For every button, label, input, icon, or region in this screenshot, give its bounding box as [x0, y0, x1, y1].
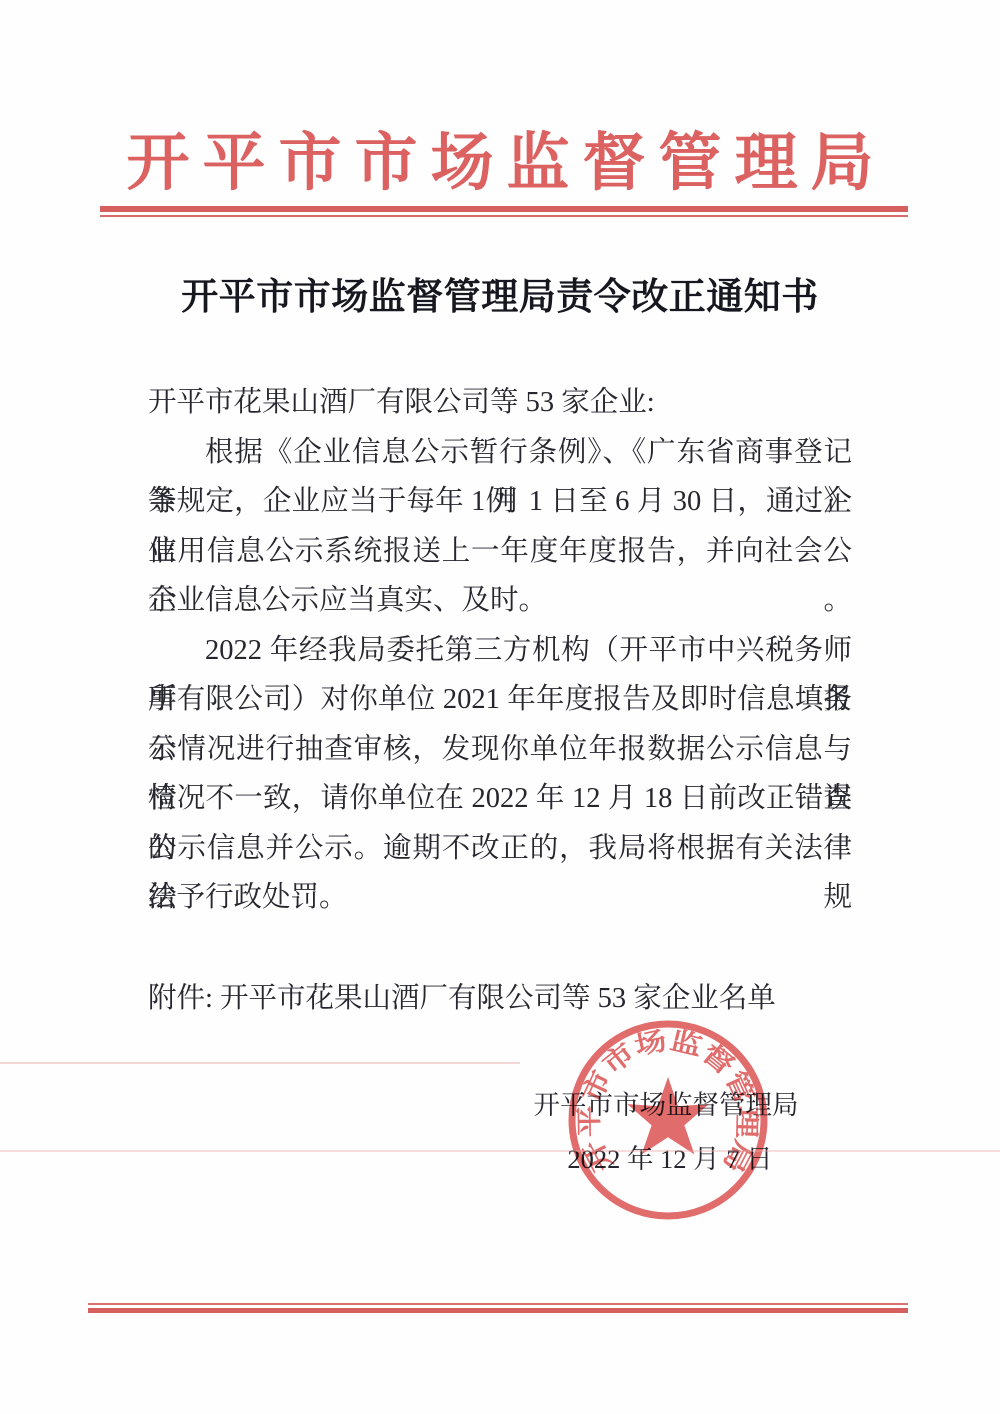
- attachment-line: 附件: 开平市花果山酒厂有限公司等 53 家企业名单: [148, 974, 948, 1024]
- scan-artifact-line: [0, 1150, 1000, 1152]
- body-text-block: 开平市花果山酒厂有限公司等 53 家企业:根据《企业信息公示暂行条例》、《广东省…: [148, 378, 852, 923]
- body-text-line: 情况不一致，请你单位在 2022 年 12 月 18 日前改正错误的: [148, 774, 852, 824]
- notice-document-page: 开平市市场监督管理局 开平市市场监督管理局责令改正通知书 开平市花果山酒厂有限公…: [0, 0, 1000, 1414]
- body-text-line: 示情况进行抽查审核，发现你单位年报数据公示信息与检查: [148, 725, 852, 775]
- body-text-line: 2022 年经我局委托第三方机构（开平市中兴税务师事务: [148, 626, 852, 676]
- body-text-line: 公示信息并公示。逾期不改正的，我局将根据有关法律法规: [148, 824, 852, 874]
- letterhead-rule-thick: [100, 206, 908, 212]
- body-text-line: 等规定，企业应当于每年 1 月 1 日至 6 月 30 日，通过企业: [148, 477, 852, 527]
- document-title: 开平市市场监督管理局责令改正通知书: [0, 274, 1000, 320]
- body-text-line: 根据《企业信息公示暂行条例》、《广东省商事登记条例》: [148, 428, 852, 478]
- footer-rule-thin: [88, 1303, 908, 1305]
- body-text-line: 开平市花果山酒厂有限公司等 53 家企业:: [148, 378, 852, 428]
- body-text-line: 信用信息公示系统报送上一年度年度报告，并向社会公示。: [148, 527, 852, 577]
- agency-letterhead: 开平市市场监督管理局: [0, 126, 1000, 200]
- body-text-line: 所有限公司）对你单位 2021 年年度报告及即时信息填报公: [148, 675, 852, 725]
- official-red-seal: 开平市市场监督管理局: [556, 1008, 780, 1232]
- letterhead-rule-thin: [100, 215, 908, 217]
- footer-rule-thick: [88, 1308, 908, 1313]
- scan-artifact-line: [0, 1062, 520, 1064]
- seal-star: [627, 1077, 709, 1154]
